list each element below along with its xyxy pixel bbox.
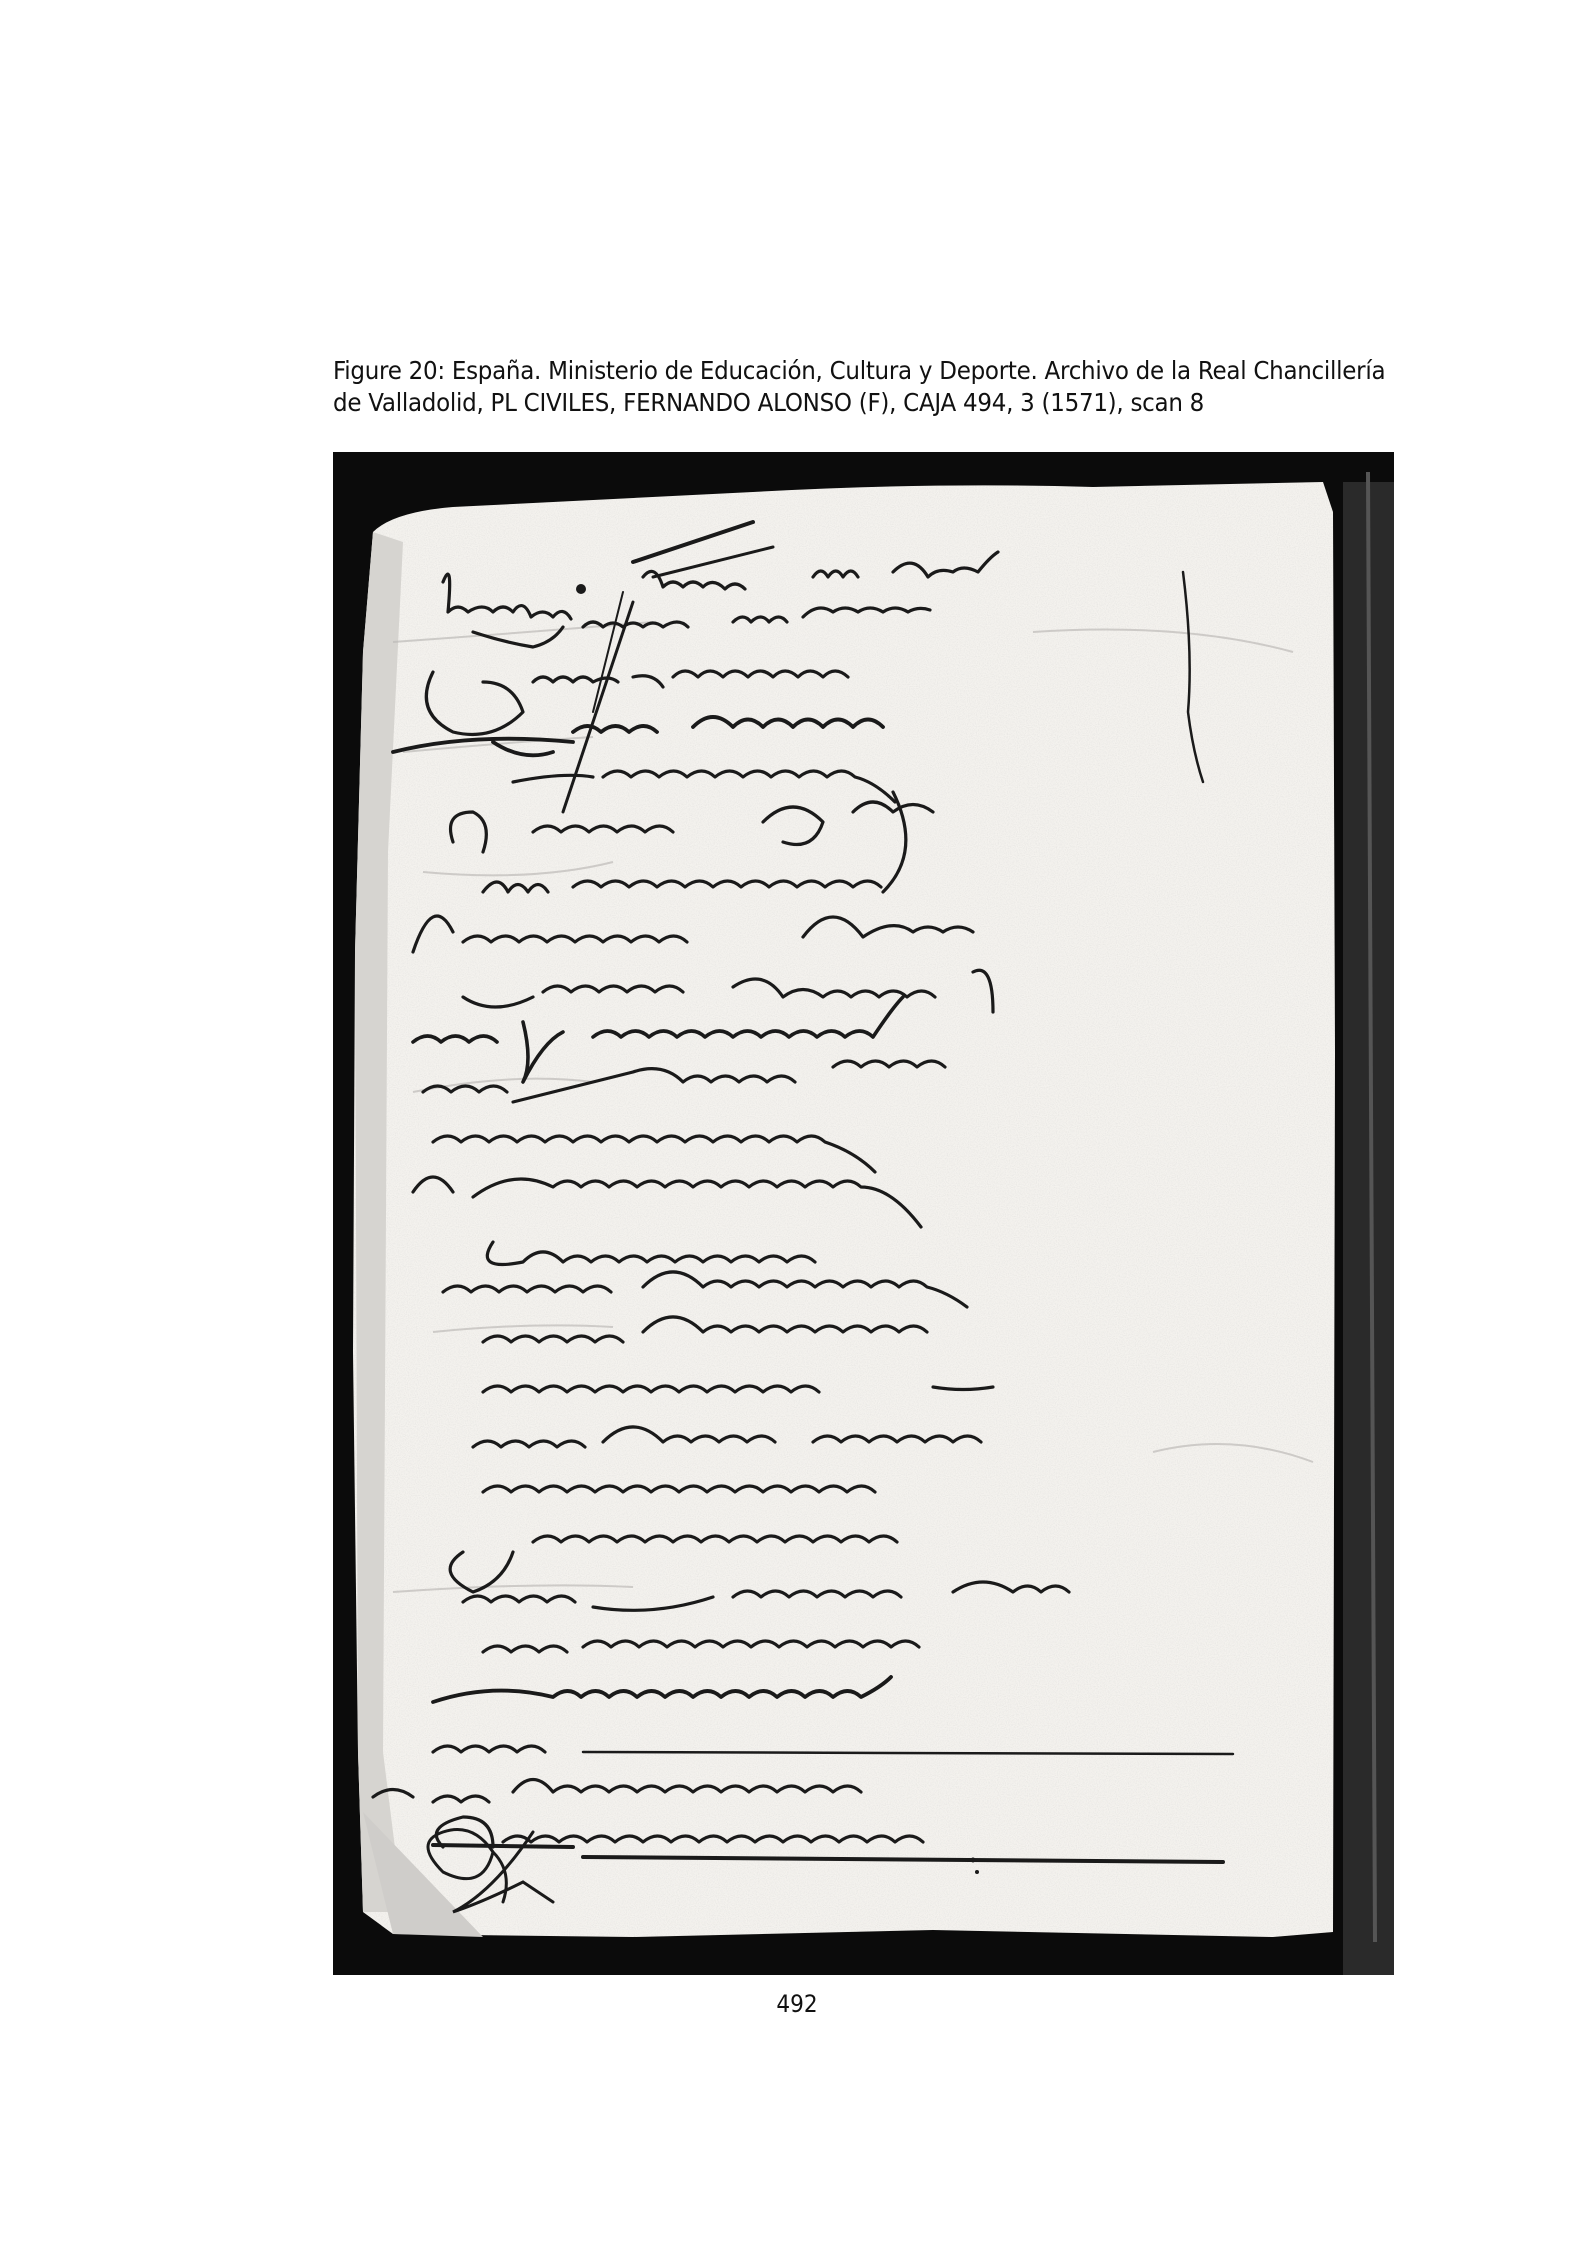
page-number: 492 xyxy=(80,1990,1515,2018)
manuscript-scan-image xyxy=(333,452,1394,1975)
manuscript-illustration xyxy=(333,452,1394,1975)
figure-caption: Figure 20: España. Ministerio de Educaci… xyxy=(333,355,1403,419)
